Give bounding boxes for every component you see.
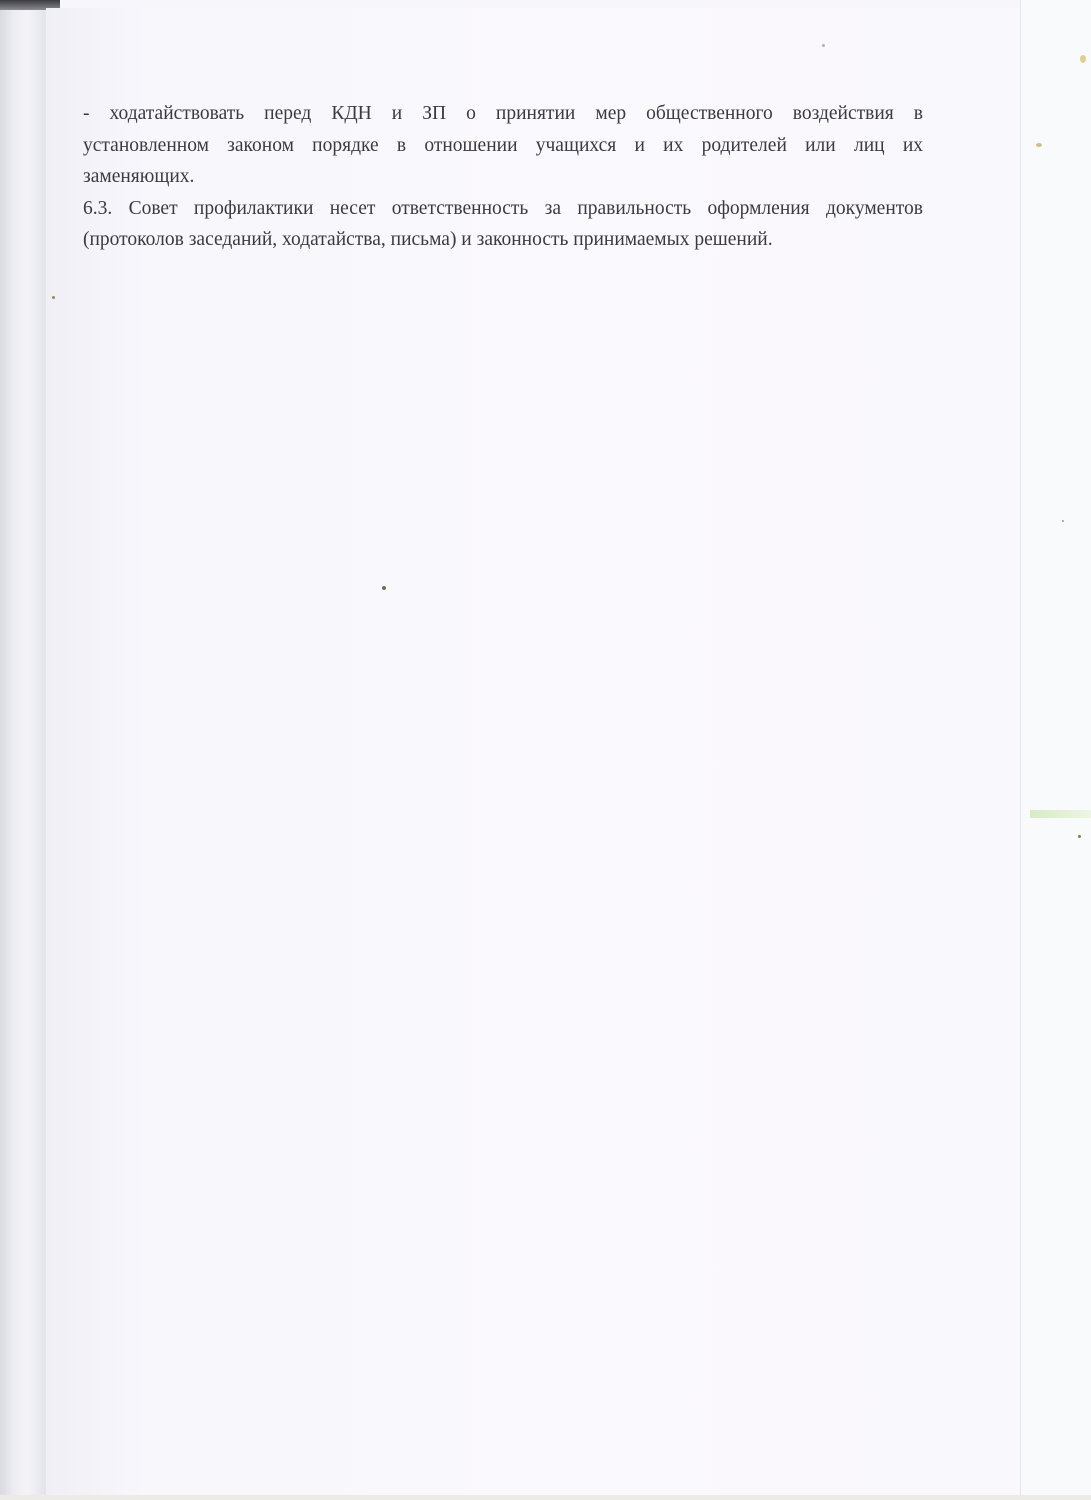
text-line: - ходатайствовать перед КДН и ЗП о приня… — [83, 98, 923, 130]
text-line: 6.3. Совет профилактики несет ответствен… — [83, 193, 923, 225]
binding-spine — [0, 0, 46, 1495]
dust-speck — [1036, 143, 1042, 147]
dust-speck — [382, 586, 386, 590]
smudge-mark — [1030, 810, 1091, 818]
text-line: (протоколов заседаний, ходатайства, пись… — [83, 224, 923, 256]
paragraph-petition: - ходатайствовать перед КДН и ЗП о приня… — [83, 98, 923, 193]
dust-speck — [1080, 55, 1086, 63]
text-line: заменяющих. — [83, 161, 923, 193]
dust-speck — [1062, 520, 1064, 522]
dust-speck — [822, 44, 825, 47]
document-text: - ходатайствовать перед КДН и ЗП о приня… — [83, 98, 923, 256]
text-line: установленном законом порядке в отношени… — [83, 130, 923, 162]
scan-bottom-edge — [0, 1495, 1091, 1500]
paragraph-6-3: 6.3. Совет профилактики несет ответствен… — [83, 193, 923, 256]
scanned-page: - ходатайствовать перед КДН и ЗП о приня… — [0, 0, 1091, 1500]
scanner-bed-margin — [1020, 0, 1091, 1495]
dust-speck — [52, 296, 55, 299]
dust-speck — [1078, 835, 1081, 838]
